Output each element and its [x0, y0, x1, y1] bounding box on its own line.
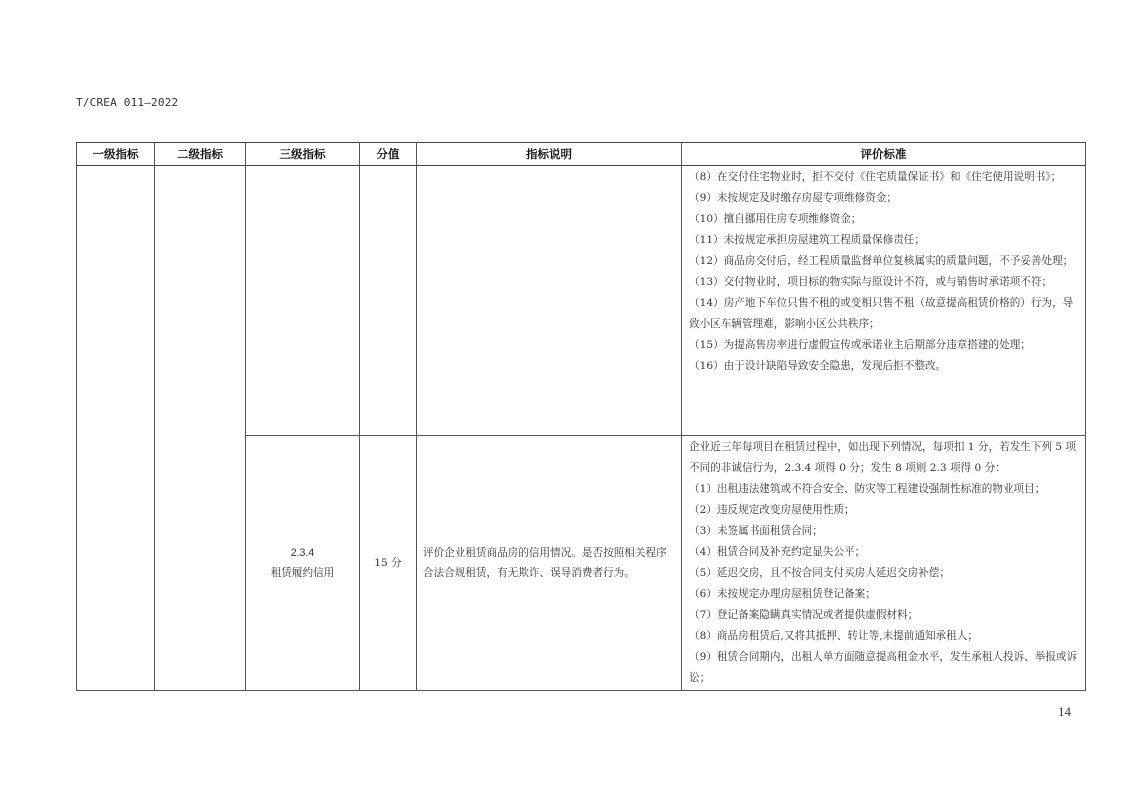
cell-score — [360, 166, 417, 436]
col-header-description: 指标说明 — [417, 143, 682, 166]
criteria-item: （8）在交付住宅物业时，拒不交付《住宅质量保证书》和《住宅使用说明书》； — [689, 167, 1079, 188]
criteria-item: （16）由于设计缺陷导致安全隐患，发现后拒不整改。 — [689, 356, 1079, 377]
cell-level1 — [77, 166, 155, 691]
cell-score: 15 分 — [360, 436, 417, 691]
criteria-item: （8）商品房租赁后,又将其抵押、转让等,未提前通知承租人； — [689, 626, 1079, 647]
document-id: T/CREA 011—2022 — [76, 96, 178, 109]
criteria-item: （4）租赁合同及补充约定显失公平； — [689, 542, 1079, 563]
cell-level3: 2.3.4 租赁履约信用 — [246, 436, 360, 691]
cell-criteria: （8）在交付住宅物业时，拒不交付《住宅质量保证书》和《住宅使用说明书》； （9）… — [682, 166, 1086, 436]
cell-description — [417, 166, 682, 436]
criteria-intro: 企业近三年每项目在租赁过程中，如出现下列情况，每项扣 1 分，若发生下列 5 项… — [689, 437, 1079, 479]
criteria-item: （5）延迟交房，且不按合同支付买房人延迟交房补偿； — [689, 563, 1079, 584]
col-header-level3: 三级指标 — [246, 143, 360, 166]
cell-description: 评价企业租赁商品房的信用情况。是否按照相关程序合法合规租赁，有无欺诈、误导消费者… — [417, 436, 682, 691]
criteria-item: （2）违反规定改变房屋使用性质； — [689, 500, 1079, 521]
table-header-row: 一级指标 二级指标 三级指标 分值 指标说明 评价标准 — [77, 143, 1086, 166]
col-header-score: 分值 — [360, 143, 417, 166]
cell-level3 — [246, 166, 360, 436]
criteria-item: （9）租赁合同期内，出租人单方面随意提高租金水平，发生承租人投诉、举报或诉讼； — [689, 647, 1079, 689]
cell-criteria: 企业近三年每项目在租赁过程中，如出现下列情况，每项扣 1 分，若发生下列 5 项… — [682, 436, 1086, 691]
cell-level2 — [155, 166, 246, 691]
criteria-item: （3）未签属书面租赁合同； — [689, 521, 1079, 542]
col-header-criteria: 评价标准 — [682, 143, 1086, 166]
criteria-item: （6）未按规定办理房屋租赁登记备案； — [689, 584, 1079, 605]
criteria-item: （12）商品房交付后，经工程质量监督单位复核属实的质量问题，不予妥善处理； — [689, 251, 1079, 272]
criteria-item: （10）擅自挪用住房专项维修资金； — [689, 209, 1079, 230]
level3-code: 2.3.4 — [246, 543, 359, 563]
col-header-level2: 二级指标 — [155, 143, 246, 166]
criteria-item: （11）未按规定承担房屋建筑工程质量保修责任； — [689, 230, 1079, 251]
level3-name: 租赁履约信用 — [246, 563, 359, 583]
table-row: （8）在交付住宅物业时，拒不交付《住宅质量保证书》和《住宅使用说明书》； （9）… — [77, 166, 1086, 436]
criteria-item: （9）未按规定及时缴存房屋专项维修资金； — [689, 188, 1079, 209]
evaluation-table: 一级指标 二级指标 三级指标 分值 指标说明 评价标准 （8）在交付住宅物业时，… — [76, 142, 1086, 691]
criteria-item: （14）房产地下车位只售不租的或变相只售不租（故意提高租赁价格的）行为，导致小区… — [689, 293, 1079, 335]
criteria-item: （15）为提高售房率进行虚假宣传或承诺业主后期部分违章搭建的处理； — [689, 335, 1079, 356]
page-number: 14 — [1058, 704, 1071, 720]
criteria-item: （13）交付物业时，项目标的物实际与原设计不符，或与销售时承诺项不符； — [689, 272, 1079, 293]
col-header-level1: 一级指标 — [77, 143, 155, 166]
criteria-item: （7）登记备案隐瞒真实情况或者提供虚假材料； — [689, 605, 1079, 626]
criteria-item: （1）出租违法建筑或不符合安全、防灾等工程建设强制性标准的物业项目； — [689, 479, 1079, 500]
